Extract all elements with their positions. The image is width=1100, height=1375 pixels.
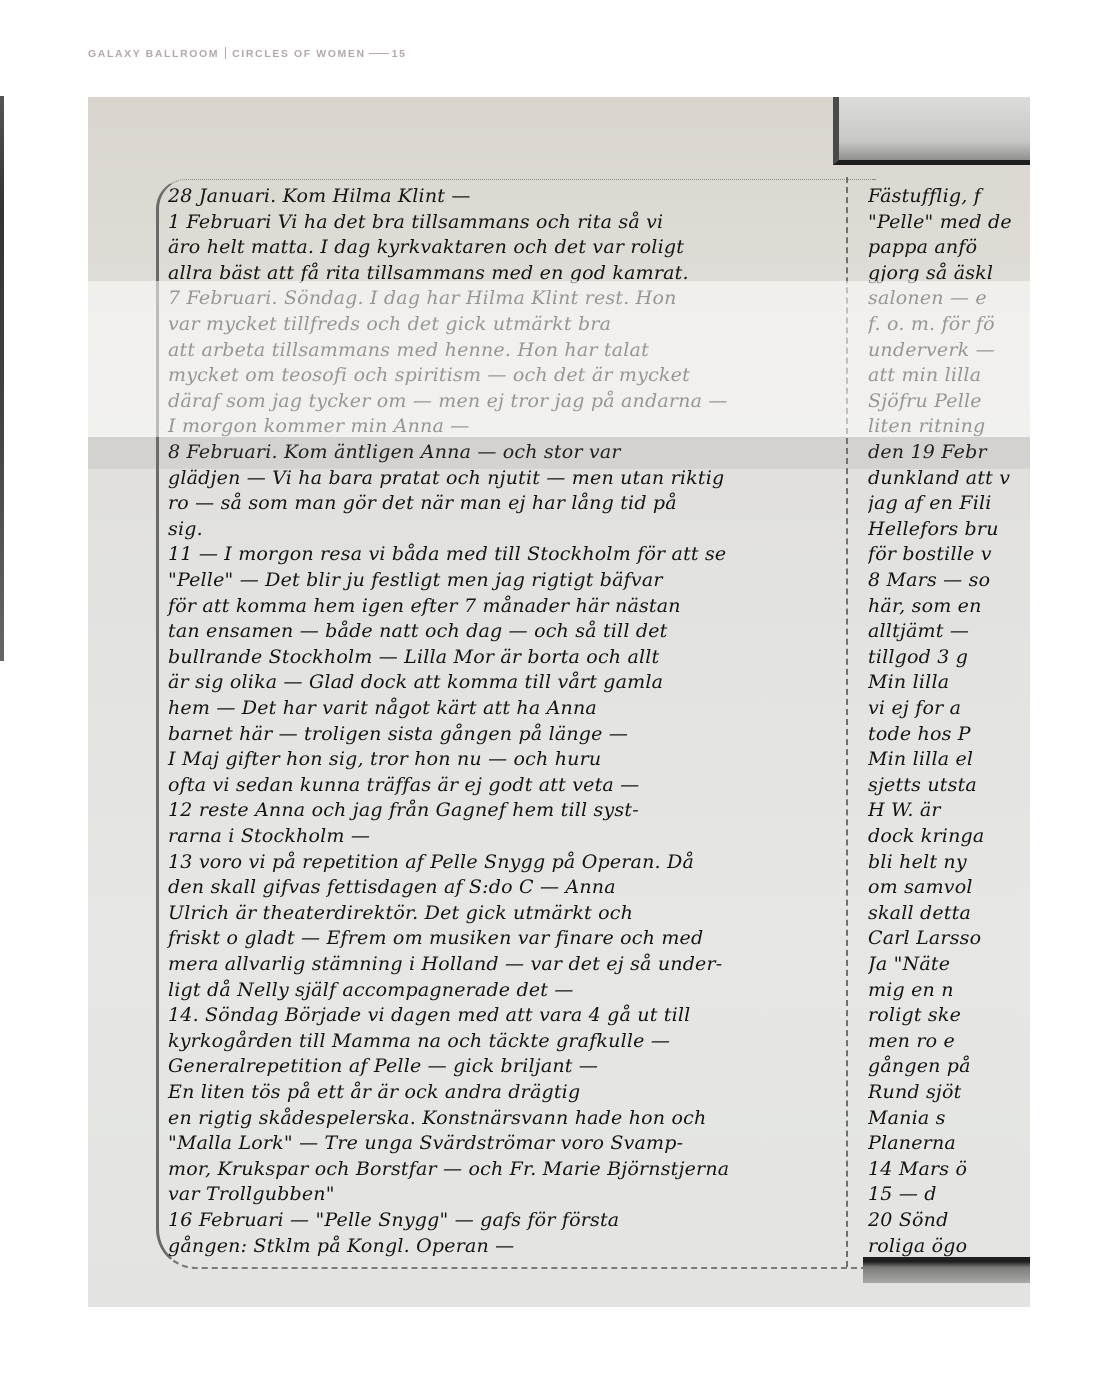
- handwritten-line: 15 — d: [868, 1183, 937, 1205]
- handwritten-line: 1 Februari Vi ha det bra tillsammans och…: [168, 211, 663, 233]
- handwritten-line: 13 voro vi på repetition af Pelle Snygg …: [168, 851, 694, 873]
- handwritten-line: Carl Larsso: [868, 927, 981, 949]
- handwritten-line: 28 Januari. Kom Hilma Klint —: [168, 185, 471, 207]
- page-number: 15: [392, 48, 407, 60]
- handwritten-line: 20 Sönd: [868, 1209, 948, 1231]
- handwritten-line: tillgod 3 g: [868, 646, 968, 668]
- handwritten-line: roliga ögo: [868, 1235, 967, 1257]
- handwritten-line: roligt ske: [868, 1004, 961, 1026]
- handwritten-line: "Pelle" med de: [868, 211, 1012, 233]
- handwritten-line: här, som en: [868, 595, 982, 617]
- handwritten-line: Rund sjöt: [868, 1081, 962, 1103]
- handwritten-line: men ro e: [868, 1030, 955, 1052]
- highlight-band-shadow: [88, 437, 1030, 469]
- handwritten-line: glädjen — Vi ha bara pratat och njutit —…: [168, 467, 724, 489]
- handwritten-line: 14. Söndag Började vi dagen med att vara…: [168, 1004, 690, 1026]
- handwritten-line: om samvol: [868, 876, 973, 898]
- handwritten-line: sig.: [168, 518, 203, 540]
- handwritten-line: tan ensamen — både natt och dag — och så…: [168, 620, 668, 642]
- handwritten-line: 11 — I morgon resa vi båda med till Stoc…: [168, 543, 726, 565]
- running-head: GALAXY BALLROOMCIRCLES OF WOMEN15: [88, 47, 407, 60]
- diary-photograph: 28 Januari. Kom Hilma Klint —1 Februari …: [88, 97, 1030, 1307]
- handwritten-line: bli helt ny: [868, 851, 967, 873]
- handwritten-line: dunkland att v: [868, 467, 1010, 489]
- handwritten-line: mig en n: [868, 979, 954, 1001]
- handwritten-line: skall detta: [868, 902, 971, 924]
- handwritten-line: jag af en Fili: [868, 492, 992, 514]
- publication-title: GALAXY BALLROOM: [88, 48, 219, 60]
- handwritten-line: vi ej for a: [868, 697, 961, 719]
- handwritten-line: kyrkogården till Mamma na och täckte gra…: [168, 1030, 670, 1052]
- next-page-corner-top: [833, 97, 1030, 165]
- handwritten-line: Generalrepetition af Pelle — gick brilja…: [168, 1055, 598, 1077]
- handwritten-line: ro — så som man gör det när man ej har l…: [168, 492, 677, 514]
- handwritten-line: ofta vi sedan kunna träffas är ej godt a…: [168, 774, 639, 796]
- handwritten-line: friskt o gladt — Efrem om musiken var fi…: [168, 927, 703, 949]
- handwritten-line: en rigtig skådespelerska. Konstnärsvann …: [168, 1107, 706, 1129]
- handwritten-line: för att komma hem igen efter 7 månader h…: [168, 595, 681, 617]
- handwritten-line: I Maj gifter hon sig, tror hon nu — och …: [168, 748, 601, 770]
- handwritten-line: ligt då Nelly själf accompagnerade det —: [168, 979, 574, 1001]
- handwritten-line: för bostille v: [868, 543, 992, 565]
- handwritten-line: Ulrich är theaterdirektör. Det gick utmä…: [168, 902, 633, 924]
- handwritten-line: Min lilla: [868, 671, 949, 693]
- handwritten-line: Min lilla el: [868, 748, 973, 770]
- handwritten-line: Mania s: [868, 1107, 946, 1129]
- handwritten-line: gången på: [868, 1055, 971, 1077]
- handwritten-line: H W. är: [868, 799, 941, 821]
- handwritten-line: rarna i Stockholm —: [168, 825, 370, 847]
- handwritten-line: gången: Stklm på Kongl. Operan —: [168, 1235, 514, 1257]
- header-divider: [225, 47, 226, 59]
- facing-page-edge: [0, 96, 4, 661]
- handwritten-line: Planerna: [868, 1132, 956, 1154]
- highlight-band: [88, 281, 1030, 437]
- handwritten-line: äro helt matta. I dag kyrkvaktaren och d…: [168, 236, 684, 258]
- handwritten-line: 14 Mars ö: [868, 1158, 967, 1180]
- handwritten-line: Ja "Näte: [868, 953, 950, 975]
- handwritten-line: den skall gifvas fettisdagen af S:do C —…: [168, 876, 616, 898]
- section-title: CIRCLES OF WOMEN: [232, 48, 366, 60]
- handwritten-line: 12 reste Anna och jag från Gagnef hem ti…: [168, 799, 639, 821]
- handwritten-line: En liten tös på ett år är ock andra dräg…: [168, 1081, 580, 1103]
- handwritten-line: sjetts utsta: [868, 774, 977, 796]
- handwritten-line: dock kringa: [868, 825, 984, 847]
- handwritten-line: Hellefors bru: [868, 518, 999, 540]
- handwritten-line: "Pelle" — Det blir ju festligt men jag r…: [168, 569, 663, 591]
- handwritten-line: är sig olika — Glad dock att komma till …: [168, 671, 663, 693]
- handwritten-line: 16 Februari — "Pelle Snygg" — gafs för f…: [168, 1209, 619, 1231]
- header-dash: [369, 53, 389, 54]
- handwritten-line: hem — Det har varit något kärt att ha An…: [168, 697, 597, 719]
- handwritten-line: var Trollgubben": [168, 1183, 335, 1205]
- handwritten-line: pappa anfö: [868, 236, 977, 258]
- handwritten-line: alltjämt —: [868, 620, 969, 642]
- handwritten-line: 8 Mars — so: [868, 569, 990, 591]
- handwritten-line: barnet här — troligen sista gången på lä…: [168, 723, 628, 745]
- handwritten-line: mor, Krukspar och Borstfar — och Fr. Mar…: [168, 1158, 729, 1180]
- handwritten-line: bullrande Stockholm — Lilla Mor är borta…: [168, 646, 659, 668]
- handwritten-line: mera allvarlig stämning i Holland — var …: [168, 953, 722, 975]
- handwritten-line: Fästufflig, f: [868, 185, 981, 207]
- handwritten-line: "Malla Lork" — Tre unga Svärdströmar vor…: [168, 1132, 683, 1154]
- handwritten-line: tode hos P: [868, 723, 971, 745]
